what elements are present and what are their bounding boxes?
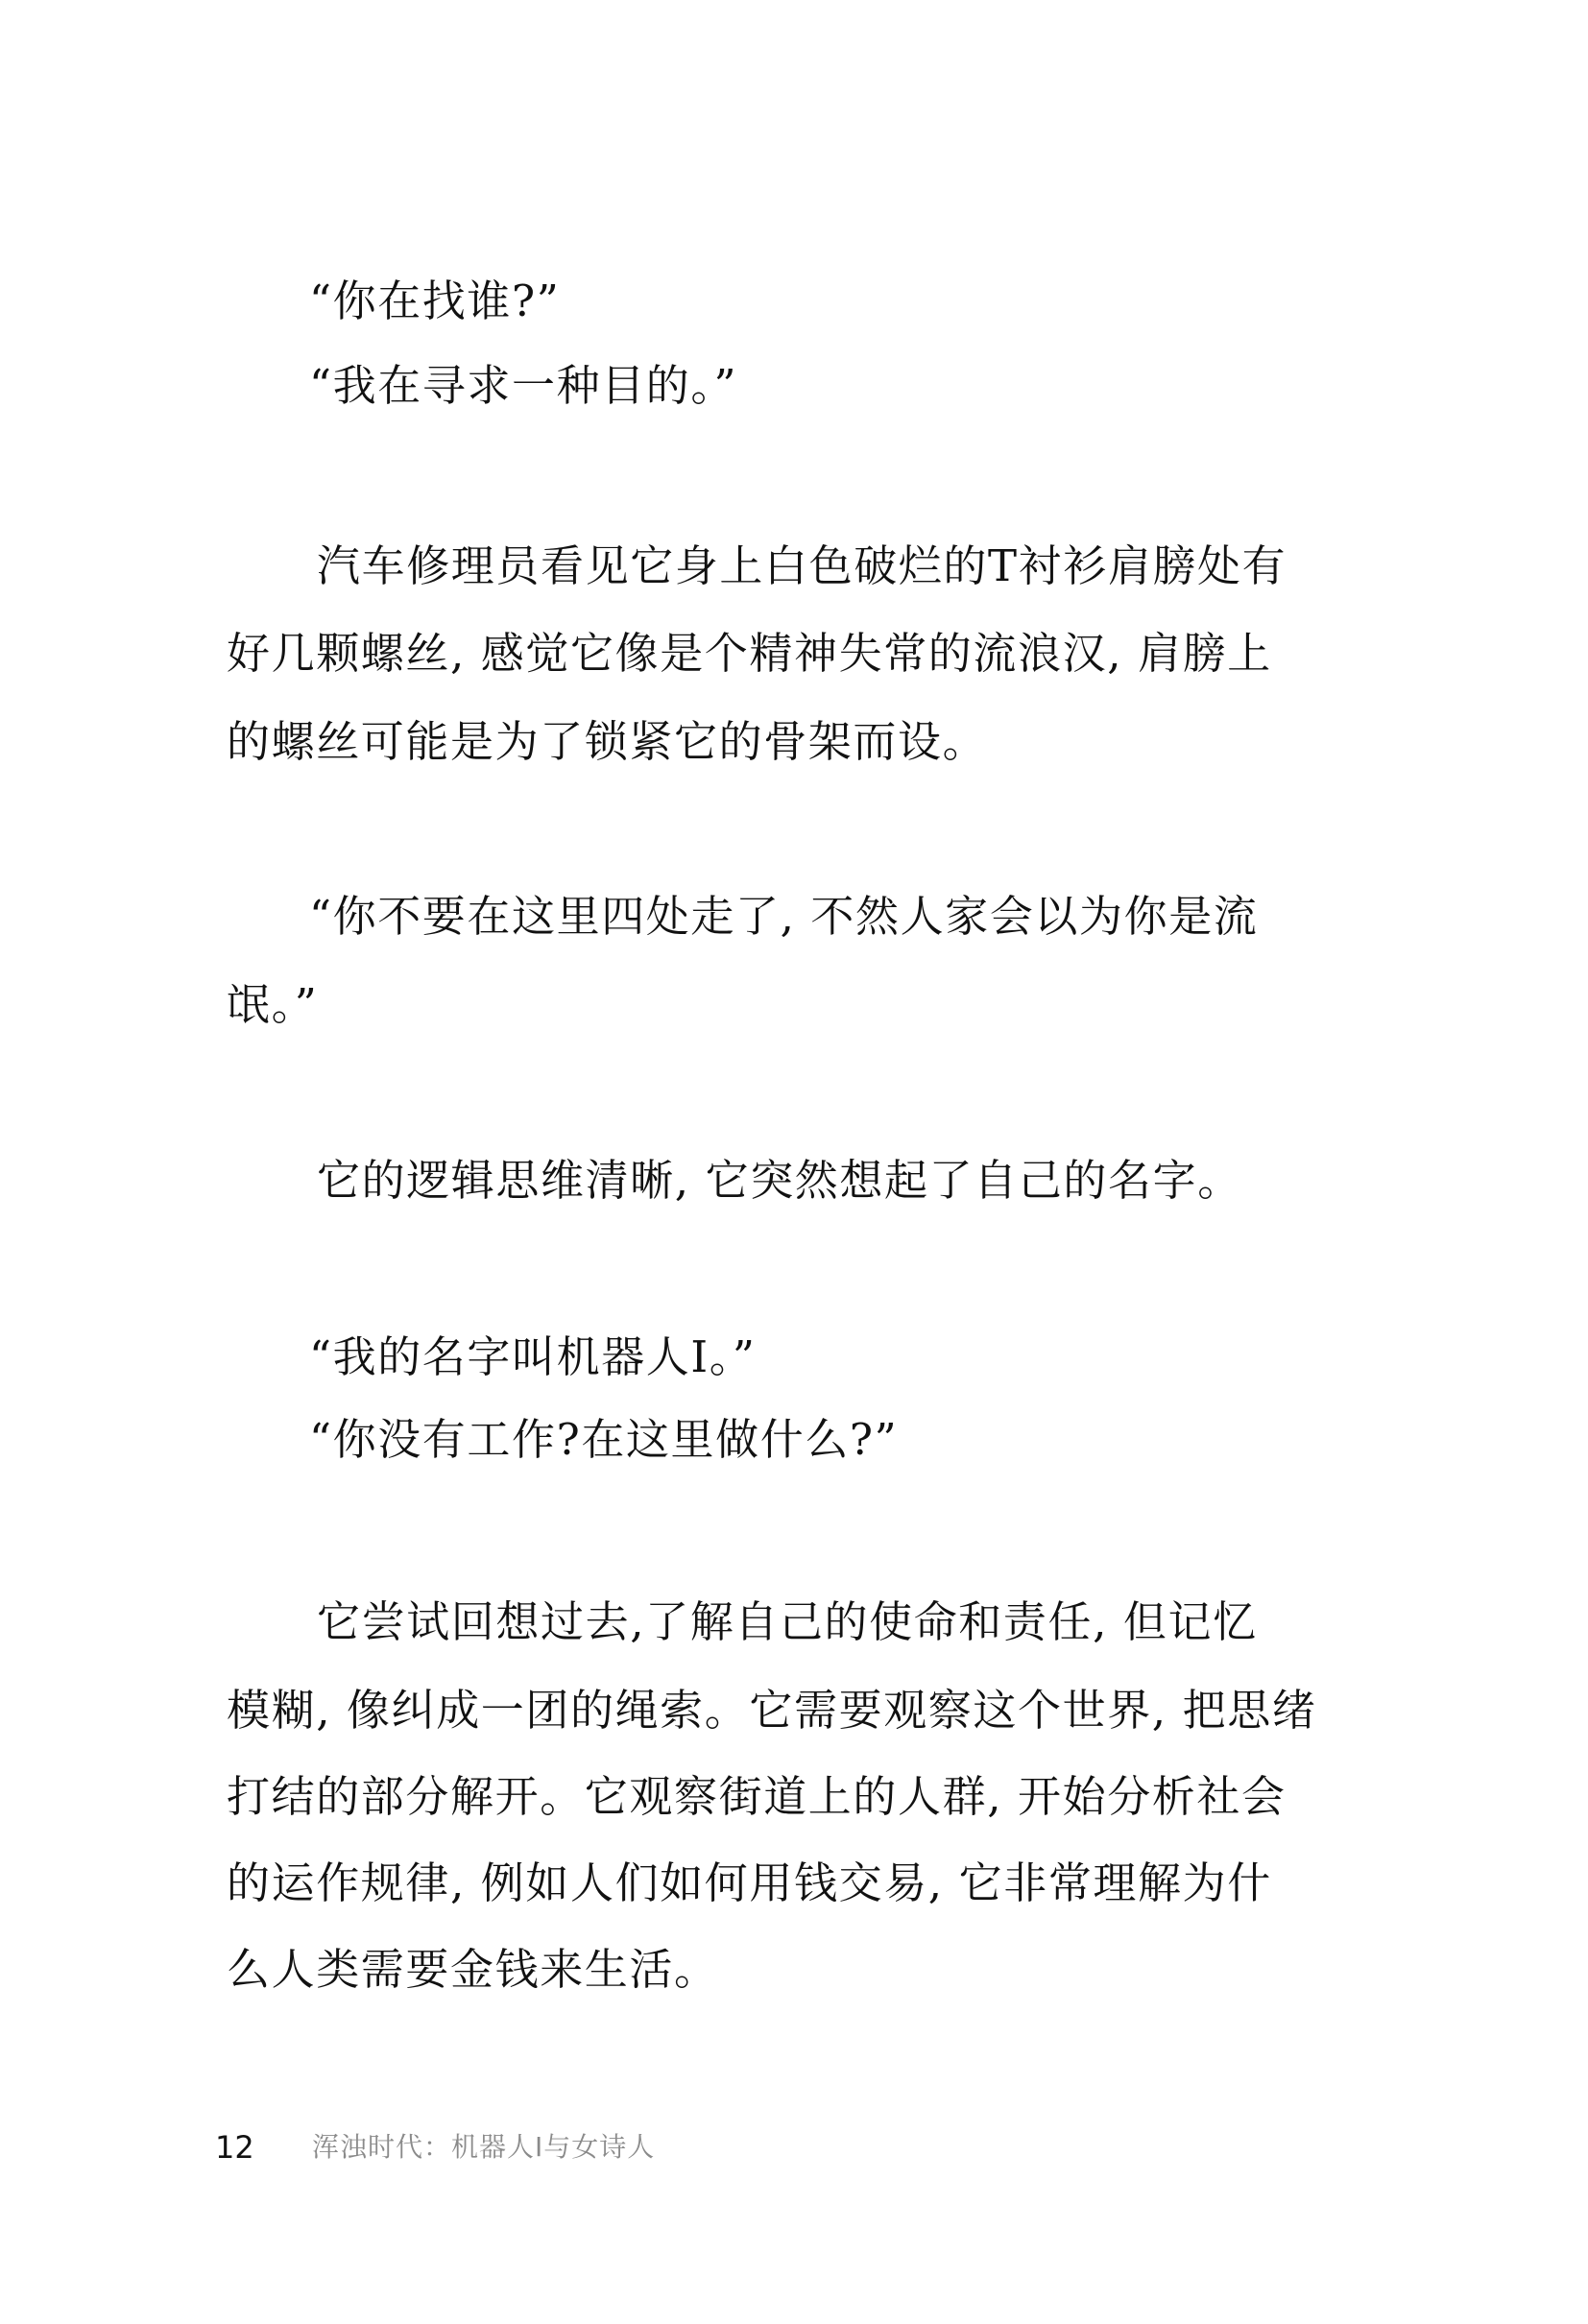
paragraph-line: 好几颗螺丝, 感觉它像是个精神失常的流浪汉, 肩膀上 bbox=[227, 611, 1311, 697]
dialogue-line: “我在寻求一种目的。” bbox=[309, 343, 1394, 429]
paragraph-line: 的螺丝可能是为了锁紧它的骨架而设。 bbox=[227, 699, 1311, 785]
paragraph-line: 模糊, 像纠成一团的绳索。它需要观察这个世界, 把思绪 bbox=[227, 1667, 1311, 1754]
book-page: “你在找谁?” “我在寻求一种目的。” 汽车修理员看见它身上白色破烂的T衬衫肩膀… bbox=[0, 0, 1588, 2324]
paragraph-line: 它尝试回想过去,了解自己的使命和责任, 但记忆 bbox=[317, 1579, 1402, 1665]
page-number: 12 bbox=[215, 2123, 254, 2171]
dialogue-line: 氓。” bbox=[227, 962, 1311, 1048]
paragraph-line: 打结的部分解开。它观察街道上的人群, 开始分析社会 bbox=[227, 1754, 1311, 1840]
dialogue-line: “你不要在这里四处走了, 不然人家会以为你是流 bbox=[309, 874, 1394, 960]
running-title: 浑浊时代：机器人I与女诗人 bbox=[312, 2123, 655, 2171]
paragraph-line: 的运作规律, 例如人们如何用钱交易, 它非常理解为什 bbox=[227, 1840, 1311, 1927]
dialogue-line: “你在找谁?” bbox=[309, 258, 1394, 345]
dialogue-line: “我的名字叫机器人I。” bbox=[309, 1314, 1394, 1401]
paragraph-line: 么人类需要金钱来生活。 bbox=[227, 1927, 1311, 2013]
dialogue-line: “你没有工作?在这里做什么?” bbox=[309, 1397, 1394, 1483]
paragraph-line: 它的逻辑思维清晰, 它突然想起了自己的名字。 bbox=[317, 1138, 1402, 1224]
paragraph-line: 汽车修理员看见它身上白色破烂的T衬衫肩膀处有 bbox=[317, 523, 1402, 610]
